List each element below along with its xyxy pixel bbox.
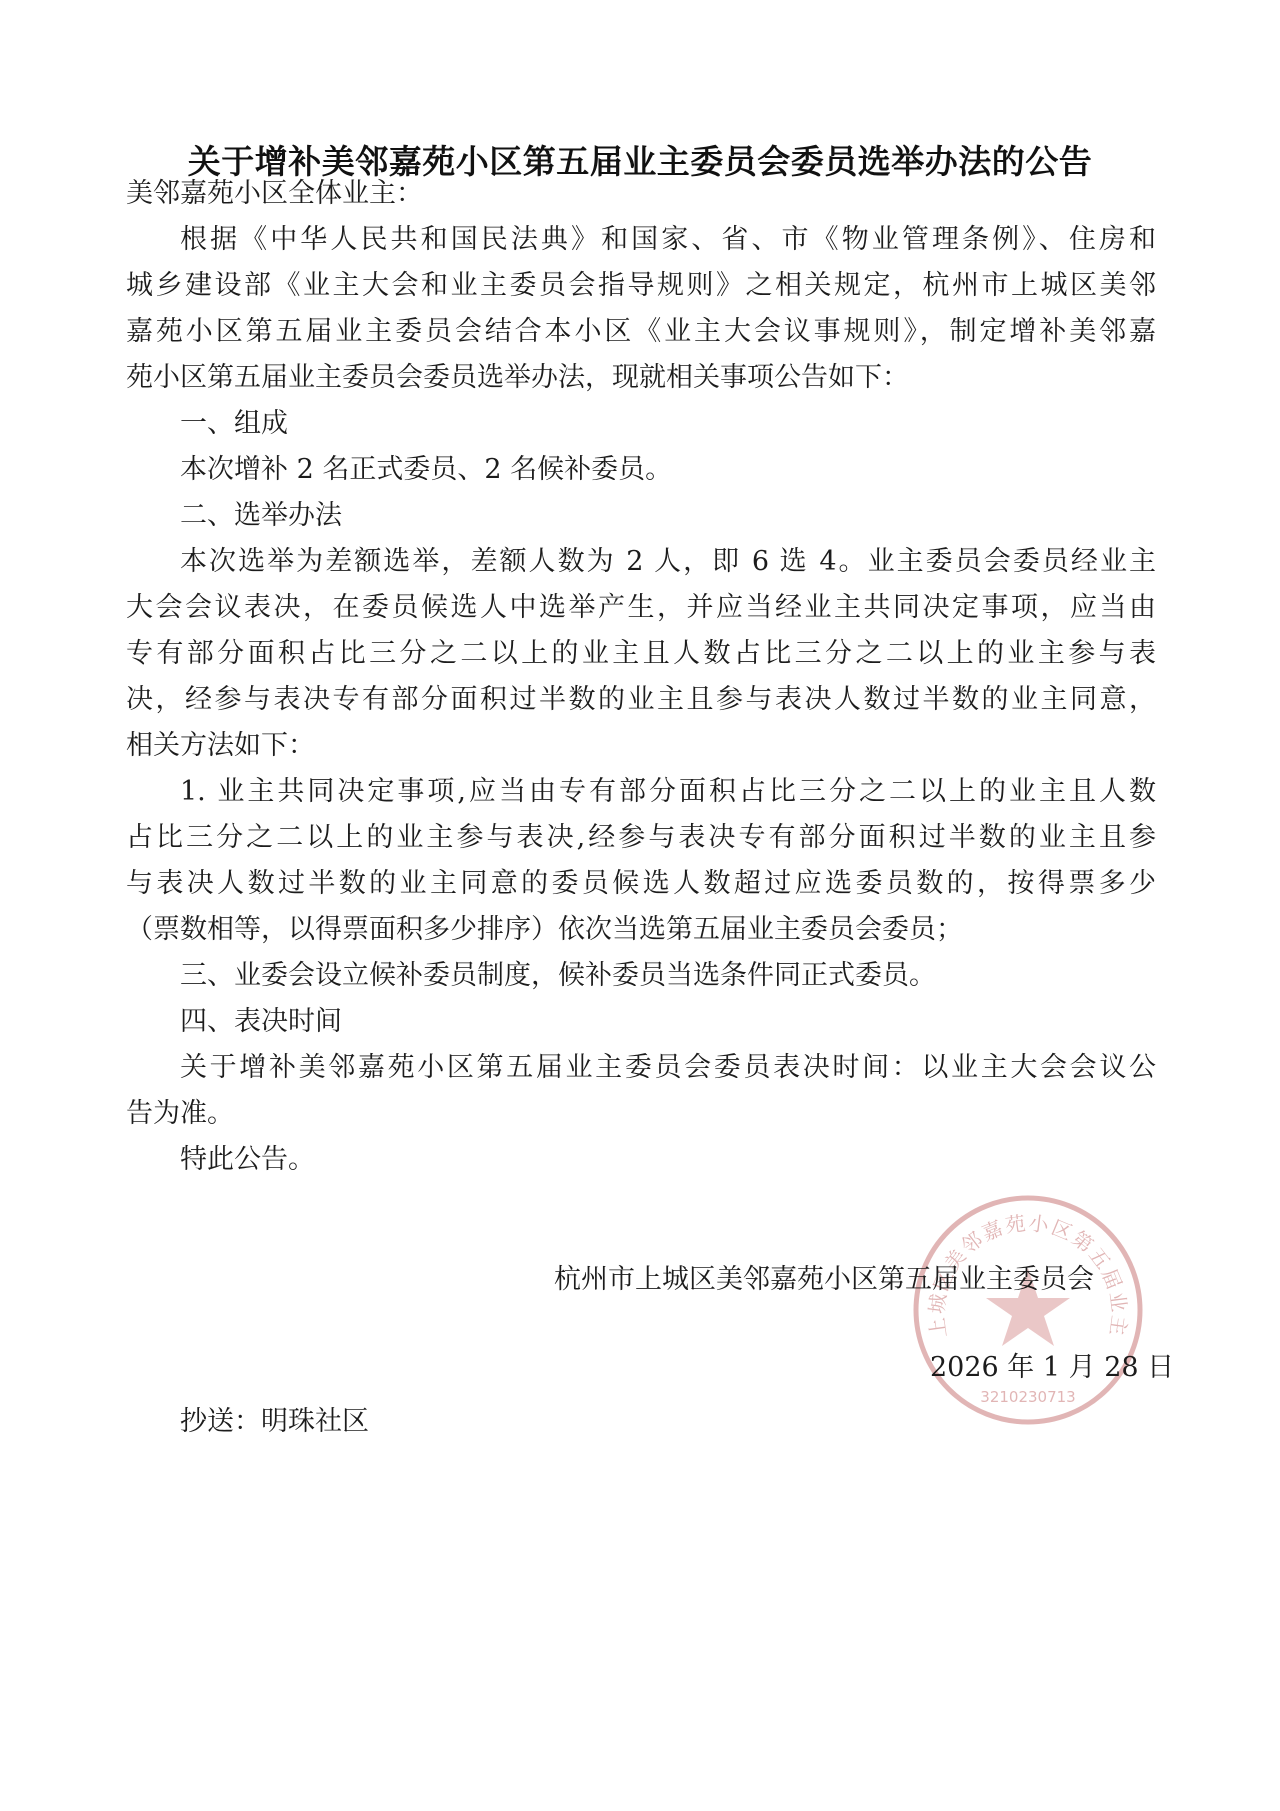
item1-line-4: （票数相等，以得票面积多少排序）依次当选第五届业主委员会委员； [126,912,963,948]
item1-line-1: 1. 业主共同决定事项,应当由专有部分面积占比三分之二以上的业主且人数 [180,774,1156,810]
section2-heading: 二、选举办法 [180,498,342,534]
section2-line-1: 本次选举为差额选举，差额人数为 2 人，即 6 选 4。业主委员会委员经业主 [180,544,1156,580]
intro-line-2: 城乡建设部《业主大会和业主委员会指导规则》之相关规定，杭州市上城区美邻 [126,268,1156,304]
section3-heading: 三、业委会设立候补委员制度，候补委员当选条件同正式委员。 [180,958,936,994]
intro-line-3: 嘉苑小区第五届业主委员会结合本小区《业主大会议事规则》，制定增补美邻嘉 [126,314,1156,350]
section1-heading: 一、组成 [180,406,288,442]
section4-heading: 四、表决时间 [180,1004,342,1040]
intro-line-1: 根据《中华人民共和国民法典》和国家、省、市《物业管理条例》、住房和 [180,222,1156,258]
section2-line-4: 决，经参与表决专有部分面积过半数的业主且参与表决人数过半数的业主同意， [126,682,1156,718]
section4-line-1: 关于增补美邻嘉苑小区第五届业主委员会委员表决时间：以业主大会会议公 [180,1050,1156,1086]
section2-line-5: 相关方法如下： [126,728,315,764]
official-seal: 杭州市上城区美邻嘉苑小区第五届业主委员会 3210230713 [908,1190,1148,1430]
intro-line-4: 苑小区第五届业主委员会委员选举办法，现就相关事项公告如下： [126,360,909,396]
seal-icon: 杭州市上城区美邻嘉苑小区第五届业主委员会 3210230713 [908,1190,1148,1430]
signatory: 杭州市上城区美邻嘉苑小区第五届业主委员会 [554,1262,1094,1298]
section1-body: 本次增补 2 名正式委员、2 名候补委员。 [180,452,672,488]
item1-line-3: 与表决人数过半数的业主同意的委员候选人数超过应选委员数的，按得票多少 [126,866,1156,902]
section2-line-2: 大会会议表决，在委员候选人中选举产生，并应当经业主共同决定事项，应当由 [126,590,1156,626]
section2-line-3: 专有部分面积占比三分之二以上的业主且人数占比三分之二以上的业主参与表 [126,636,1156,672]
issue-date: 2026 年 1 月 28 日 [930,1350,1174,1386]
salutation: 美邻嘉苑小区全体业主： [126,176,423,212]
closing-text: 特此公告。 [180,1142,315,1178]
seal-number: 3210230713 [980,1388,1075,1406]
notice-page: 关于增补美邻嘉苑小区第五届业主委员会委员选举办法的公告 美邻嘉苑小区全体业主： … [0,0,1280,1811]
item1-line-2: 占比三分之二以上的业主参与表决,经参与表决专有部分面积过半数的业主且参 [126,820,1156,856]
section4-line-2: 告为准。 [126,1096,234,1132]
cc-line: 抄送：明珠社区 [180,1404,369,1440]
